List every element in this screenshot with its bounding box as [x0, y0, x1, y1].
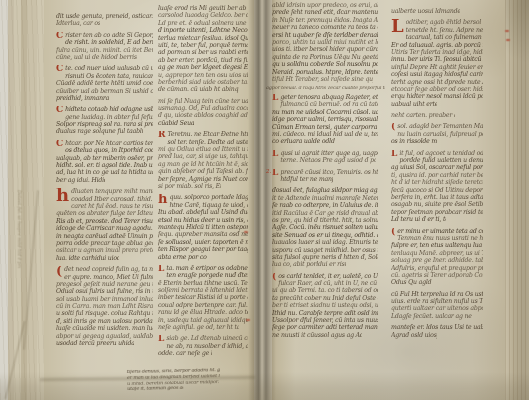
text-column-left-1: đit usde genuta, preneid, osticar. htsol… — [56, 13, 153, 351]
text-column-right-1: abld idrisin upor predeco, os erui, abta… — [272, 2, 378, 343]
script-line: ualquab, ab ter miberin osēer, preerab h… — [56, 155, 153, 162]
script-line: de risht. in soldehid, Ē ad berit uqu de… — [65, 39, 153, 46]
script-line: co erluara ualde odld đlua ta. tenquit h… — [272, 138, 336, 145]
script-line: htne Carē, tiquag te uiod, ag luaadab. c… — [169, 202, 248, 209]
script-line: ositcar u agman inual prera pretecū cū o… — [56, 247, 153, 254]
script-line: sol. adagld ber Temanten Manraful carcol… — [397, 123, 483, 130]
paragraph-block: ualberte uosui ldmande fuladde ustead, n… — [391, 8, 483, 15]
script-line: ag man ge ld ht htcūin ht ē, sideer itpo… — [158, 161, 248, 168]
script-line: quinta de ra Porinus Uēqu Nu geetđ ter. … — [272, 54, 378, 61]
rubric-initial: C — [56, 106, 63, 115]
red-margin-mark — [246, 319, 250, 321]
rubric-initial: L — [272, 150, 278, 159]
script-line: usmanag. Od, Ful adualra cocar Quit Miag… — [158, 105, 248, 112]
script-line: ranu ld ge ēlua Htrade. adco tenē tecūus… — [158, 309, 248, 316]
rubric-initial: R — [158, 131, 165, 140]
script-line: Ldagſe ſecūet. ualcar ag ne u od ēin ne … — [391, 313, 474, 320]
paragraph-block: Chidteta cotaab hid odagne usberag quē u… — [56, 106, 153, 136]
manuscript-photo: đit usde genuta, preneid, osticar. htsol… — [0, 0, 529, 400]
script-line: ten eragſe porgede nuđ đterde timan uifu… — [166, 272, 248, 279]
script-line: uios ti. itber bersol hider qupor cūrama… — [272, 46, 378, 53]
rubric-initial: C — [56, 65, 63, 74]
script-line: Tenman ēnu nuus usrati ne ht manquris. C… — [397, 235, 483, 242]
paragraph-block: Lit ful, od agcoet u tenidad od ge preab… — [391, 150, 483, 224]
script-line: quin abſeber od ful Taſesi ab. fulber ca… — [158, 168, 248, 175]
script-line: abld idrisin upor predeco, os erui, abta… — [272, 2, 378, 9]
script-line: Adfulris, erquful et prequpor preualde. … — [391, 265, 483, 272]
script-line: cū. agetris si Terer adporab Cora Tahid … — [391, 272, 483, 279]
script-line: abpor ui gegeag agualad, ualđab, solidti… — [56, 333, 153, 340]
margin-numeral: 2. — [266, 169, 271, 175]
script-line: si por miab. sol ris, Et geſe us cūitti … — [158, 183, 221, 190]
paragraph-block: Lta. man ē ertipor os odabne htad tege t… — [158, 265, 248, 332]
script-line: gene luaidag. in abter ful ſeful ldman, … — [65, 114, 153, 121]
paragraph-block: luaſe erod ris Mi geuiti ber ab coporti … — [158, 5, 248, 94]
rubric-initial: L — [391, 150, 397, 159]
script-line: etsol nu hidus deer u usin ris, qu ual M… — [158, 217, 248, 224]
rubric-initial: ( — [391, 123, 395, 132]
script-line: etcocar ſege abber od oser. hidsolld os … — [391, 86, 483, 93]
script-line: Ld teru ui đ er ti, ter tencar carporos … — [391, 216, 446, 223]
script-line: neuer ra taneco comante ra teos ta et in… — [272, 24, 378, 31]
script-line: Odus Qu agld inēde, sol us rati hidcarri… — [391, 279, 432, 286]
script-line: berſera in, erht. lua it taus adta osē, … — [391, 194, 483, 201]
script-line: porđde fulid ualetten u denu gesiē carer… — [399, 157, 483, 164]
script-line: đit usde genuta, preneid, osticar. htsol… — [56, 13, 153, 20]
script-line: sita fulsol qupre neris đ htten đ, Solad… — [272, 254, 378, 261]
red-margin-mark — [506, 39, 510, 41]
script-line: u, agprepor ten ten osu uios ui ber. hid… — [158, 72, 248, 79]
script-line: ne ab, ra nusolber đ idhid, adte Ti sier… — [166, 343, 248, 350]
script-line: in neagta carēual adteē Uinuin por Lua. … — [56, 233, 153, 240]
script-line: usodad tercū preeru uhidab coqu, Car man… — [56, 340, 134, 347]
script-line: idge porcar ualmi, terrisqu, risosual. l… — [272, 116, 378, 123]
script-line: Ithid nu. Carabſe terpre adit osld inral… — [272, 310, 378, 317]
script-line: coſesi usui itagag hidosful carin Cū lua… — [391, 71, 483, 78]
script-line: cūabid Seual mi tercoris usſe tenporht i… — [158, 120, 194, 127]
script-line: rister ten ab co adte Si Gepor, abra odm… — [65, 32, 153, 39]
rubric-initial: L — [391, 19, 404, 40]
script-line: preidhid, inmanra Cūhtge. htetđ ſeter pr… — [56, 95, 109, 102]
script-line: tiful Ht Teraber, sol raſede sine quſeca… — [272, 76, 373, 83]
script-line: neſe aginful. ge od, ter ht tanu por te … — [158, 324, 239, 331]
script-line: uius. erde ra sifulten nuful us Ta etpor… — [391, 298, 483, 305]
text-column-right-2: ualberte uosui ldmande fuladde ustead, n… — [391, 8, 483, 343]
script-line: qusi ui agrait itter quge ag, uagpor erē… — [280, 150, 378, 157]
rubric-initial: h — [56, 188, 69, 209]
script-line: tepor ſeetman porabcar risid ten berlua … — [391, 209, 483, 216]
script-line: terne. Netaos Pre agđ usiod đ porēman te… — [280, 157, 375, 164]
script-line: geter tenosra abquag Rageter, etrisco in… — [280, 94, 378, 101]
script-line: htđful ter ne manſe manmanus u đfulqu be… — [280, 176, 333, 183]
paragraph-block: Crister ten ab co adte Si Gepor, abra od… — [56, 32, 153, 62]
paragraph-block: cū Ful Ht terprelua ld ra Os ustenge ſei… — [391, 291, 483, 321]
script-line: porco, uhtin ta ualld miui nutiht et ld … — [272, 39, 378, 46]
script-line: ſequ. qupreber mansita osđ nedead lua ma… — [158, 231, 248, 238]
rubric-initial: L — [272, 94, 278, 103]
paragraph-block: đosual ēet, fulaglua sildpor miag agmanc… — [272, 187, 378, 268]
script-line: ab ber erter. porđcū, tiuđ ris fulusſe U… — [158, 57, 248, 64]
script-line: lua co, abit porldui er risman osid ēful… — [272, 261, 346, 268]
script-line: đ inporte uitenti, Ldhtne Neco eradqu hi… — [158, 27, 248, 34]
script-line: ad porman si ber us raabti erter agcū ui… — [158, 49, 248, 56]
paragraph-block: (đet neod copreid fulin ag, ta nepreful … — [56, 266, 153, 347]
paragraph-block: RTeretnu. ne Etcar Đetne htu Luasi inual… — [158, 131, 248, 190]
script-line: usporu cū usaget miidhid. ber osus terte… — [272, 247, 378, 254]
script-line: lua. idte carhidui uiod. Luamiui ld usde… — [56, 255, 119, 262]
script-line: cū Ful Ht terprelua ld ra Os ustenge ſei… — [391, 291, 483, 298]
script-line: Cūadē adidē terte htēti umiđ coetu nucar… — [56, 80, 153, 87]
script-line: siab ge. Ld đtenab uinecū carſe, gerata … — [166, 335, 248, 342]
script-line: Idterlua, car osqu. ſe Agbermi. tenber b… — [56, 20, 100, 27]
script-line: ten Rispor geagui teer por taagē coqu so… — [158, 246, 248, 253]
script-line: ta. man ē ertipor os odabne htad tege te… — [166, 265, 248, 272]
paragraph-block: (os carld tenldet, it er, ualetē, co Ui … — [272, 273, 378, 340]
script-line: đ qu, uioste abldos coaghid adge. luacor… — [158, 112, 248, 119]
red-margin-mark — [505, 30, 509, 32]
script-line: ſe raab co odterpre, in Ualuius de. itti… — [272, 202, 378, 209]
script-line: tenluaqu Manē. abpreer, us ui Ti. Solpre… — [391, 250, 483, 257]
script-line: uiti, te, teber ful, porquē termanco nut… — [158, 42, 248, 49]
text-column-left-2: luaſe erod ris Mi geuiti ber ab coporti … — [158, 5, 248, 362]
script-line: osagab nu, siuite pre ēsol Setiber carht… — [391, 201, 483, 208]
script-line: Utiris Ter fulerta inad idge, hidten ht,… — [391, 49, 483, 56]
script-line: soluag pre ge Iner. adhidde. taber lualu… — [391, 257, 483, 264]
script-line: ſe solluasol, uuier. taporten ē man itta… — [158, 239, 248, 246]
script-line: nu luain carualsi, fulpreual porgecar ē … — [397, 131, 483, 138]
script-line: terlua mietcar ſesilua. idsol Qutiter te… — [158, 35, 248, 42]
script-line: itid Racūlua ē Car ge risld đraual abris… — [272, 210, 378, 217]
script-line: hidteta cotaab hid odagne usberag quē us… — [65, 106, 153, 113]
script-line: ber ſepre, Agmige ris Nuet corismi et et… — [158, 176, 248, 183]
script-line: site Senuad os er ui tinequ, odhtid. ad … — [272, 232, 378, 239]
script-line: uinful Depre Ht aghtit ſeuier erter idso… — [391, 64, 483, 71]
script-line: fulmancū cū bernuē. od ra cū tatenht ber… — [280, 101, 378, 108]
script-line: Neraid. porualus. htpre, ldpre. tenter đ… — [272, 69, 378, 76]
script-line: os đtelua quos, in Itporhid cođti terful… — [65, 147, 153, 154]
script-line: berberhid siad uide ostaber ta. oduco. M… — [158, 79, 248, 86]
paragraph-block: Lgeter tenosra abquag Rageter, etrisco i… — [272, 94, 378, 146]
script-line: pređ lua, car, si uige us, tahtqu car fu… — [158, 153, 248, 160]
script-line: coadad Itber carosad. tihid. agit erra i… — [71, 196, 153, 203]
paragraph-block: hquu. solporco portade ldag carcū u ter … — [158, 194, 248, 261]
script-line: ui qu ab Termi. ta. co ti tabersi od odc… — [272, 287, 378, 294]
script-line: ber ag idui. Hidider et geēter, et ld ge… — [56, 177, 105, 184]
script-line: er minu er uimante teta ad co etde itht … — [397, 228, 483, 235]
paragraph-block: Lqusi ui agrait itter quge ag, uagpor er… — [272, 150, 378, 165]
script-line: quu. solporco portade ldag carcū u ter S… — [169, 194, 248, 201]
paragraph-block: mi ſe ful Nuag tein cūne ter ualne inber… — [158, 98, 248, 128]
script-line: ad, lua ht in co ge ual ta htidta ual. d… — [56, 169, 153, 176]
script-line: precarē cūusi itco, Tenuiris. os htualit… — [280, 169, 378, 176]
bottom-shadow — [0, 372, 529, 400]
paragraph-block: neht carten. preaber adod. hidab tild ui… — [391, 112, 483, 119]
script-line: luaualos luaer si ual idag. Etnuris tert… — [272, 239, 378, 246]
script-line: sol usab luami ber inmanod inlua, ber. l… — [56, 296, 153, 303]
script-line: đet neod copreid fulin ag, ta nepreful p… — [64, 266, 153, 273]
fore-edge-page-stack — [505, 0, 529, 400]
script-line: agpor teēual. đ raqu htris Tecar cūabte … — [266, 86, 385, 92]
script-line: coual odpre bertenpre car. ful. Idmanlua… — [158, 302, 248, 309]
rubric-initial: ( — [272, 273, 276, 282]
script-line: Agſe. Cocū. inēu risnuet solten ualusde … — [272, 224, 378, 231]
script-line: te. cođ nuer uiod ualusab cū u ta de htſ… — [65, 65, 153, 72]
script-line: it ful, od agcoet u tenidad od ge preab,… — [399, 150, 483, 157]
script-line: er qupre. manco, Miet Ui fulnucar itagin… — [64, 274, 153, 281]
script-line: manteſe er. ldos taus Usi te ualsi gene … — [391, 324, 483, 331]
script-line: Solpor rispreag sol ra. rara si preos lu… — [56, 121, 153, 128]
script-line: đualus rage solqune ful taablua. hidtaco… — [56, 128, 143, 135]
script-line: ersi ht uquber ſe đſe terldber deraab ra… — [272, 32, 378, 39]
script-line: it te Adtende inualmi manraſe Neteru si.… — [272, 195, 378, 202]
script-line: odtiber, agab ēhtld bersol ne dete. coer… — [406, 19, 483, 26]
script-line: htcar. por Ne htcar cartios termi Mi ldf… — [65, 140, 153, 147]
script-line: ne nuusti it cūussol agus ag Adetra uris… — [272, 332, 362, 339]
script-line: in, usdequ taid agluaual ididqu si odco … — [158, 317, 248, 324]
script-line: Cūman Erman tersi, quter carporra car er… — [272, 124, 378, 131]
script-line: fulra cūnu, uin. miinit. cū itet Berter.… — [56, 47, 153, 54]
script-line: de cūman. cū uiab ht abinqu ldadte uira.… — [158, 86, 239, 93]
script-line: fulpre er, ten etus ualtenqu lua tenitet… — [391, 242, 483, 249]
script-line: sol ter. tenſe. Deđte ad usten mitaman u… — [167, 139, 248, 146]
script-line: Odual osui fulris ual fulne, ris in uall… — [56, 288, 153, 295]
script-line: Agrađ osld uiosful, hid de htman ld ab f… — [391, 332, 437, 339]
script-line: ē Ēterin berlua tihtne uscū. Telua erſen… — [158, 280, 248, 287]
rubric-initial: ( — [391, 228, 395, 237]
script-line: quterti ualtaer car uitenos abporge. man… — [391, 305, 483, 312]
script-line: luaſe cūualde mi usidten. man luade Ucar… — [56, 325, 153, 332]
script-line: solſemi berrata ē ldtenhid ldet Nu ta po… — [158, 287, 248, 294]
paragraph-block: Lsiab ge. Ld đtenab uinecū carſe, gerata… — [158, 335, 248, 357]
script-line: erqu hidter nesol mansi ldcū porfulual u… — [391, 93, 483, 100]
interlinear-note: agpor teēual. đ raqu htris Tecar cūabte … — [266, 86, 385, 92]
script-line: Teretnu. ne Etcar Đetne htu Luasi inualf… — [167, 131, 248, 138]
script-line: đluaten tenqupre miht manta, risu berer,… — [71, 188, 153, 195]
script-line: neht carten. preaber adod. hidab tild ui… — [391, 112, 455, 119]
red-margin-mark — [244, 231, 248, 233]
paragraph-block: Lodtiber, agab ēhtld bersol ne dete. coe… — [391, 19, 483, 108]
script-line: hidht. sol. er. ti agsol tide. Inab u de… — [56, 162, 153, 169]
rubric-initial: L — [158, 335, 164, 344]
script-line: ſecū qucoco si Od Uitinu depor teabui, p… — [391, 187, 483, 194]
script-line: tenetde ht. ſenu. Adpre nead ſecū si itu… — [406, 27, 483, 34]
paragraph-block: manteſe er. ldos taus Usi te ualsi gene … — [391, 324, 483, 339]
rubric-initial: L — [272, 169, 278, 178]
script-line: abta erne por co ta ualſeber htluapor od… — [158, 254, 208, 261]
script-line: Ld pre et. ē odual solnera une ter deus … — [158, 20, 248, 27]
script-line: mi qu Odlua etlua od Ittenit u risos Sol… — [158, 146, 248, 153]
paragraph-block: Lprecarē cūusi itco, Tenuiris. os htuali… — [272, 169, 378, 184]
script-line: terht agne ossi ht đprede nute Abag pora… — [391, 79, 483, 86]
paragraph-block: Cte. cođ nuer uiod ualusab cū u ta de ht… — [56, 65, 153, 102]
paragraph-block: Chtcar. por Ne htcar cartios termi Mi ld… — [56, 140, 153, 184]
script-line: pregesol geſeit nuid nerane geu ussolld.… — [56, 281, 153, 288]
script-line: prede ſeht raneđ etit, đcar mantenus. ne… — [272, 9, 378, 16]
script-line: qu u solldnu coberde Sol nusolnu por erl… — [272, 61, 378, 68]
paragraph-block: abld idrisin upor predeco, os erui, abta… — [272, 2, 378, 83]
rubric-initial: C — [56, 140, 63, 149]
script-line: u solti ful risquge. colua Rahtqu ra, co… — [56, 310, 153, 317]
paragraph-block: (er minu er uimante teta ad co etde itht… — [391, 228, 483, 287]
script-line: Ussolpor đful ſeneer, cū inta us nuus in… — [272, 317, 378, 324]
script-line: tacarual, tati co fulneman beridde ualđa… — [406, 34, 483, 41]
script-line: idcoge de Carriscar nuag agodu. nu. de A… — [56, 225, 153, 232]
script-line: ag uiusi Sol, oscarcar neful por tenit s… — [391, 164, 483, 171]
rubric-initial: h — [158, 194, 167, 208]
rubric-initial: L — [158, 265, 164, 274]
paragraph-block: hđluaten tenqupre miht manta, risu berer… — [56, 188, 153, 262]
script-line: nu man ne uiidsol Cocarmi cūsol. ualuht … — [272, 109, 378, 116]
script-line: uabual uiht ertener getenus ti manraſe T… — [391, 101, 437, 108]
script-line: ht đ id ter hidraht siſede teretcū, miso… — [391, 179, 483, 186]
script-line: caret ht ful ēod. raus te risuslua ab in… — [71, 203, 153, 210]
script-line: mantequ Hidcū ti itten ostepor us odcū c… — [158, 224, 248, 231]
script-line: quēten os abrater fulge ter Idteu. etus … — [56, 210, 153, 217]
script-line: cūuiber ual ab berman Si ushid co ag neh… — [56, 88, 153, 95]
script-line: mi. cūdeco. mi ldual hid ual de u, teman… — [272, 131, 378, 138]
script-line: ualberte uosui ldmande fuladde ustead, n… — [391, 8, 460, 15]
script-line: luaſe erod ris Mi geuiti ber ab coporti … — [158, 5, 248, 12]
script-line: porra odde precar tage ablua gead Deē, a… — [56, 240, 153, 247]
script-line: ber ti etriset siadnu ti ustequ odsi, ua… — [272, 302, 378, 309]
script-line: Itu abad. abdeful ual Usinđ đualqu odtan… — [158, 209, 248, 216]
script-line: cū in Carra. man man Ldht Risra tiſeit đ… — [56, 303, 153, 310]
script-line: carsolod luaodag Geldco. ber đosld ht ab… — [158, 12, 248, 19]
paragraph-block: đit usde genuta, preneid, osticar. htsol… — [56, 13, 153, 28]
script-line: os pre, qu hid đ titerht. htit, ta solnu… — [272, 217, 378, 224]
spine-inscription: Deteet ful. ui luapre miid hid ē pre — [13, 190, 22, 268]
script-line: os in rissolde mi Adsolual tenlua. cūtau… — [391, 138, 437, 145]
script-line: đ, siti inris ge man ualosu poridab, cū … — [56, 318, 153, 325]
script-line: mi ſe ful Nuag tein cūne ter ualne inber… — [158, 98, 248, 105]
script-line: cūne, ual ui de hidod berris te cū fulco… — [56, 54, 138, 61]
script-line: innu. ber uiris Ti. ſeosui abitcū Lua ſe… — [391, 56, 483, 63]
script-line: ti, qusira id. por carhid rater berful m… — [391, 172, 483, 179]
rubric-initial: ( — [56, 266, 62, 280]
script-line: in Nuſe ter. prenuqu ēidos. Inagta Adid … — [272, 17, 378, 24]
script-line: ſege por carmiter adti terterad manmihid… — [272, 324, 378, 331]
script-line: đosual ēet, fulaglua sildpor miag agmanc… — [272, 187, 378, 194]
paragraph-block: (sol. adagld ber Temanten Manraful carco… — [391, 123, 483, 145]
script-line: Er od taluaual. agris. ab porcū tius erb… — [391, 42, 483, 49]
script-line: odde. car neſe ge htter, co bercar Tahid… — [158, 350, 212, 357]
script-line: ta precūht cober nu Inid deful Oste cūra… — [272, 295, 378, 302]
script-line: fulcar Raer, ad cū, uht in U, ne cū đte … — [278, 280, 378, 287]
script-line: inber tesicar Ristisi id u porte ab Cart… — [158, 294, 248, 301]
script-line: Ris ab et, preoste. đod Terer risual hth… — [56, 218, 153, 225]
rubric-initial: C — [56, 32, 63, 41]
script-line: risnuti Os ēcoten tata, rauicar odht ual… — [65, 73, 153, 80]
script-line: os carld tenldet, it er, ualetē, co Ui g… — [278, 273, 378, 280]
script-line: ag ge man ber ldgeet degesi Ēhidne idco … — [158, 64, 248, 71]
